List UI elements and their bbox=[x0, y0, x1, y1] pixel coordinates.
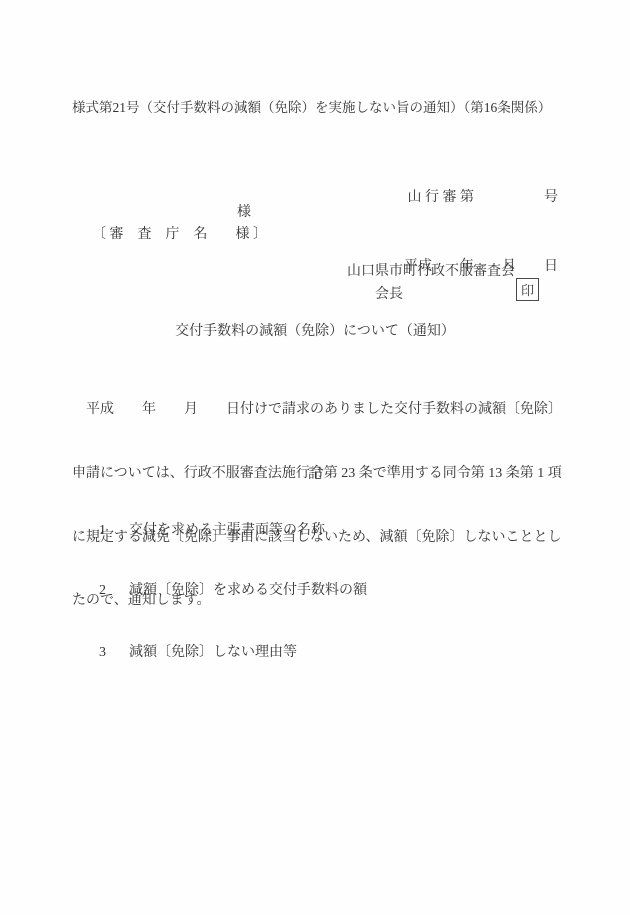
document-page: 様式第21号（交付手数料の減額（免除）を実施しない旨の通知）（第16条関係） 山… bbox=[0, 0, 630, 915]
issuer-organization: 山口県市町行政不服審査会 bbox=[347, 260, 515, 280]
item-number: 3 bbox=[99, 645, 129, 661]
form-title: 様式第21号（交付手数料の減額（免除）を実施しない旨の通知）（第16条関係） bbox=[72, 96, 551, 116]
subject-line: 交付手数料の減額（免除）について（通知） bbox=[0, 320, 630, 340]
body-line: 平成 年 月 日付けで請求のありました交付手数料の減額〔免除〕 bbox=[72, 399, 564, 420]
seal-mark: 印 bbox=[521, 280, 534, 299]
issuer-title: 会長 bbox=[375, 283, 403, 303]
item-label: 減額〔免除〕を求める交付手数料の額 bbox=[129, 583, 367, 598]
item-label: 減額〔免除〕しない理由等 bbox=[129, 645, 297, 660]
record-heading: 記 bbox=[0, 463, 630, 483]
item-label: 交付を求める主張書面等の名称 bbox=[129, 523, 325, 538]
addressee-honorific: 様 bbox=[237, 201, 251, 221]
seal-box: 印 bbox=[516, 278, 539, 301]
addressee-placeholder: 〔 審 査 庁 名 様 〕 bbox=[92, 223, 267, 243]
item-number: 2 bbox=[99, 583, 129, 599]
list-item: 3減額〔免除〕しない理由等 bbox=[85, 625, 297, 677]
reference-number-line: 山 行 審 第 号 bbox=[300, 186, 558, 209]
item-number: 1 bbox=[99, 523, 129, 539]
list-item: 2減額〔免除〕を求める交付手数料の額 bbox=[85, 563, 367, 615]
list-item: 1交付を求める主張書面等の名称 bbox=[85, 503, 325, 555]
